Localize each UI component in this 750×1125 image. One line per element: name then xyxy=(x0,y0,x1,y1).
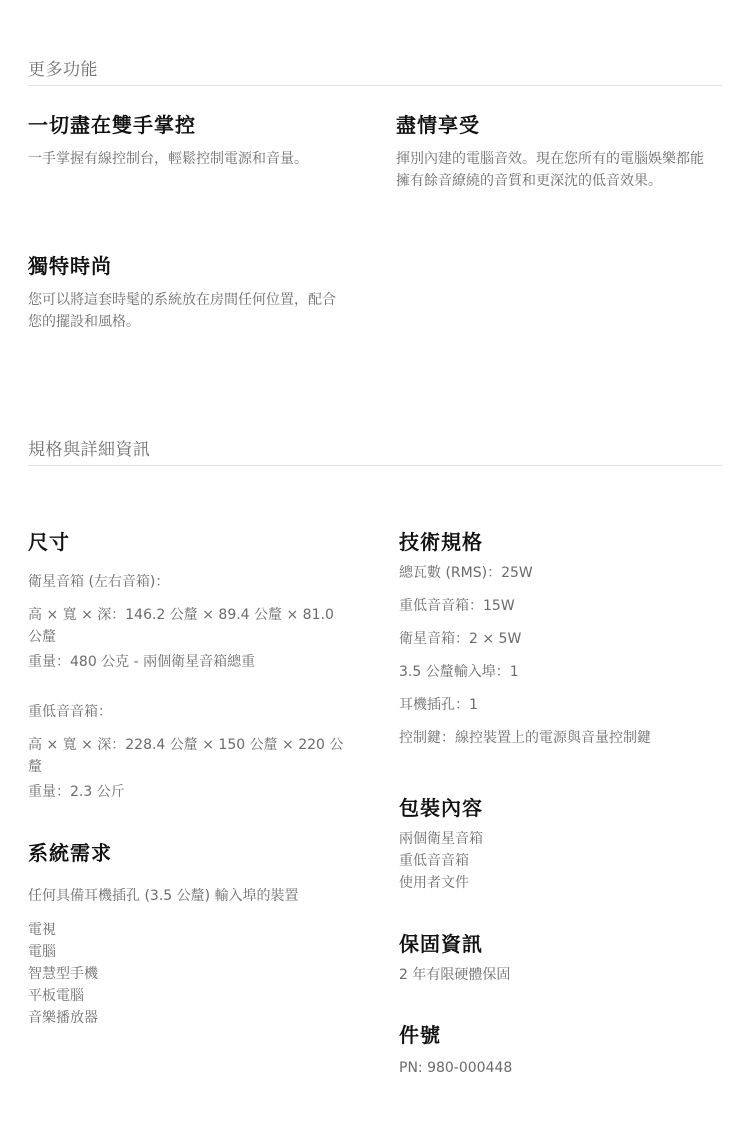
device-item: 音樂播放器 xyxy=(28,1007,348,1029)
device-item: 電腦 xyxy=(28,941,348,963)
feature-text: 揮別內建的電腦音效。現在您所有的電腦娛樂都能擁有餘音繚繞的音質和更深沈的低音效果… xyxy=(396,148,716,192)
system-requirements-intro: 任何具備耳機插孔 (3.5 公釐) 輸入埠的裝置 xyxy=(28,885,348,907)
feature-text: 您可以將這套時髦的系統放在房間任何位置，配合您的擺設和風格。 xyxy=(28,289,348,333)
spec-item: 耳機插孔：1 xyxy=(399,694,729,716)
package-item: 使用者文件 xyxy=(399,872,729,894)
device-item: 電視 xyxy=(28,919,348,941)
feature-text: 一手掌握有線控制台，輕鬆控制電源和音量。 xyxy=(28,148,348,170)
warranty-text: 2 年有限硬體保固 xyxy=(399,964,729,986)
divider xyxy=(28,85,722,86)
package-list: 兩個衛星音箱 重低音音箱 使用者文件 xyxy=(399,828,729,894)
spec-item: 重低音音箱：15W xyxy=(399,595,729,617)
package-item: 重低音音箱 xyxy=(399,850,729,872)
satellite-dimensions: 高 × 寬 × 深：146.2 公釐 × 89.4 公釐 × 81.0 公釐 xyxy=(28,604,348,648)
technical-specs-heading: 技術規格 xyxy=(399,529,729,555)
package-contents-heading: 包裝內容 xyxy=(399,795,729,821)
warranty-block: 保固資訊 2 年有限硬體保固 xyxy=(399,931,729,986)
dimensions-heading: 尺寸 xyxy=(28,529,348,555)
divider xyxy=(28,465,722,466)
spec-item: 控制鍵：線控裝置上的電源與音量控制鍵 xyxy=(399,727,729,749)
feature-heading: 一切盡在雙手掌控 xyxy=(28,112,348,138)
spec-item: 總瓦數 (RMS)：25W xyxy=(399,562,729,584)
subwoofer-weight: 重量：2.3 公斤 xyxy=(28,781,348,803)
part-number-text: PN: 980-000448 xyxy=(399,1057,729,1079)
device-item: 智慧型手機 xyxy=(28,963,348,985)
subwoofer-label: 重低音音箱： xyxy=(28,701,348,723)
dimensions-block: 尺寸 衛星音箱 (左右音箱)： 高 × 寬 × 深：146.2 公釐 × 89.… xyxy=(28,529,348,803)
device-list: 電視 電腦 智慧型手機 平板電腦 音樂播放器 xyxy=(28,919,348,1029)
spec-item: 3.5 公釐輸入埠：1 xyxy=(399,661,729,683)
part-number-heading: 件號 xyxy=(399,1022,729,1048)
feature-control: 一切盡在雙手掌控 一手掌握有線控制台，輕鬆控制電源和音量。 xyxy=(28,112,348,170)
feature-heading: 獨特時尚 xyxy=(28,253,348,279)
package-contents-block: 包裝內容 兩個衛星音箱 重低音音箱 使用者文件 xyxy=(399,795,729,894)
feature-enjoy: 盡情享受 揮別內建的電腦音效。現在您所有的電腦娛樂都能擁有餘音繚繞的音質和更深沈… xyxy=(396,112,716,192)
package-item: 兩個衛星音箱 xyxy=(399,828,729,850)
subwoofer-dimensions: 高 × 寬 × 深：228.4 公釐 × 150 公釐 × 220 公釐 xyxy=(28,734,348,778)
section-title-specs: 規格與詳細資訊 xyxy=(28,435,151,460)
system-requirements-block: 系統需求 任何具備耳機插孔 (3.5 公釐) 輸入埠的裝置 電視 電腦 智慧型手… xyxy=(28,840,348,1029)
device-item: 平板電腦 xyxy=(28,985,348,1007)
spec-item: 衛星音箱：2 × 5W xyxy=(399,628,729,650)
satellite-label: 衛星音箱 (左右音箱)： xyxy=(28,571,348,593)
technical-specs-block: 技術規格 總瓦數 (RMS)：25W 重低音音箱：15W 衛星音箱：2 × 5W… xyxy=(399,529,729,749)
feature-heading: 盡情享受 xyxy=(396,112,716,138)
section-title-more-features: 更多功能 xyxy=(28,55,98,80)
satellite-weight: 重量：480 公克 - 兩個衛星音箱總重 xyxy=(28,651,348,673)
part-number-block: 件號 PN: 980-000448 xyxy=(399,1022,729,1079)
warranty-heading: 保固資訊 xyxy=(399,931,729,957)
feature-style: 獨特時尚 您可以將這套時髦的系統放在房間任何位置，配合您的擺設和風格。 xyxy=(28,253,348,333)
system-requirements-heading: 系統需求 xyxy=(28,840,348,866)
